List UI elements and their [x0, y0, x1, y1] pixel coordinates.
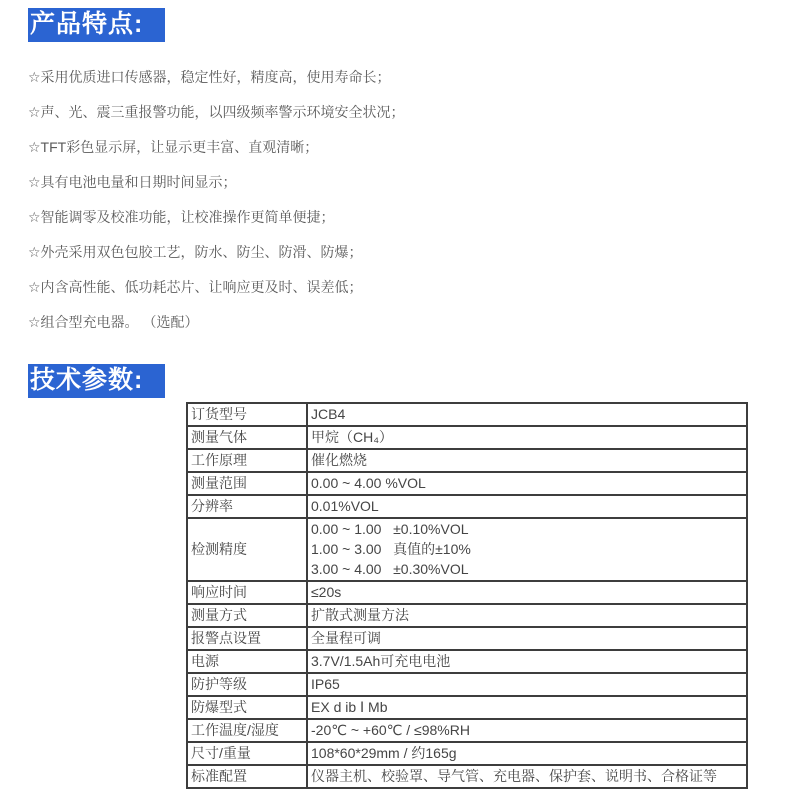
feature-item: ☆采用优质进口传感器，稳定性好，精度高，使用寿命长；	[28, 68, 800, 87]
spec-value: 甲烷（CH₄）	[307, 426, 747, 449]
spec-label: 防爆型式	[187, 696, 307, 719]
spec-row: 分辨率0.01%VOL	[187, 495, 747, 518]
feature-item: ☆智能调零及校准功能，让校准操作更简单便捷；	[28, 208, 800, 227]
spec-row: 标准配置仪器主机、校验罩、导气管、充电器、保护套、说明书、合格证等	[187, 765, 747, 788]
feature-item: ☆声、光、震三重报警功能，以四级频率警示环境安全状况；	[28, 103, 800, 122]
spec-value: IP65	[307, 673, 747, 696]
spec-value: 108*60*29mm / 约165g	[307, 742, 747, 765]
spec-row: 报警点设置全量程可调	[187, 627, 747, 650]
feature-item: ☆TFT彩色显示屏，让显示更丰富、直观清晰；	[28, 138, 800, 157]
spec-value: -20℃ ~ +60℃ / ≤98%RH	[307, 719, 747, 742]
specs-table-body: 订货型号JCB4测量气体甲烷（CH₄）工作原理催化燃烧测量范围0.00 ~ 4.…	[187, 403, 747, 788]
spec-label: 防护等级	[187, 673, 307, 696]
spec-value: 0.01%VOL	[307, 495, 747, 518]
product-detail-page: 产品特点: ☆采用优质进口传感器，稳定性好，精度高，使用寿命长；☆声、光、震三重…	[0, 0, 800, 805]
features-list: ☆采用优质进口传感器，稳定性好，精度高，使用寿命长；☆声、光、震三重报警功能，以…	[28, 68, 800, 332]
spec-label: 标准配置	[187, 765, 307, 788]
spec-label: 分辨率	[187, 495, 307, 518]
spec-label: 响应时间	[187, 581, 307, 604]
spec-label: 工作温度/湿度	[187, 719, 307, 742]
features-heading: 产品特点:	[28, 8, 165, 42]
spec-label: 测量方式	[187, 604, 307, 627]
spec-row: 订货型号JCB4	[187, 403, 747, 426]
spec-row: 电源3.7V/1.5Ah可充电电池	[187, 650, 747, 673]
feature-item: ☆内含高性能、低功耗芯片、让响应更及时、误差低；	[28, 278, 800, 297]
spec-row: 防爆型式EX d ib Ⅰ Mb	[187, 696, 747, 719]
spec-label: 报警点设置	[187, 627, 307, 650]
spec-row: 测量方式扩散式测量方法	[187, 604, 747, 627]
feature-item: ☆组合型充电器。 （选配）	[28, 313, 800, 332]
spec-row: 测量气体甲烷（CH₄）	[187, 426, 747, 449]
spec-value: 仪器主机、校验罩、导气管、充电器、保护套、说明书、合格证等	[307, 765, 747, 788]
spec-row: 检测精度0.00 ~ 1.00 ±0.10%VOL 1.00 ~ 3.00 真值…	[187, 518, 747, 581]
spec-label: 订货型号	[187, 403, 307, 426]
spec-value: JCB4	[307, 403, 747, 426]
spec-value: 扩散式测量方法	[307, 604, 747, 627]
spec-value: 0.00 ~ 1.00 ±0.10%VOL 1.00 ~ 3.00 真值的±10…	[307, 518, 747, 581]
spec-label: 尺寸/重量	[187, 742, 307, 765]
spec-row: 工作原理催化燃烧	[187, 449, 747, 472]
spec-label: 电源	[187, 650, 307, 673]
spec-value: 全量程可调	[307, 627, 747, 650]
spec-row: 防护等级IP65	[187, 673, 747, 696]
spec-row: 尺寸/重量108*60*29mm / 约165g	[187, 742, 747, 765]
specs-heading: 技术参数:	[28, 364, 165, 398]
spec-row: 响应时间≤20s	[187, 581, 747, 604]
spec-row: 工作温度/湿度-20℃ ~ +60℃ / ≤98%RH	[187, 719, 747, 742]
spec-label: 测量范围	[187, 472, 307, 495]
feature-item: ☆外壳采用双色包胶工艺，防水、防尘、防滑、防爆；	[28, 243, 800, 262]
spec-value: ≤20s	[307, 581, 747, 604]
spec-value: 0.00 ~ 4.00 %VOL	[307, 472, 747, 495]
spec-value: 催化燃烧	[307, 449, 747, 472]
spec-label: 工作原理	[187, 449, 307, 472]
feature-item: ☆具有电池电量和日期时间显示；	[28, 173, 800, 192]
spec-label: 检测精度	[187, 518, 307, 581]
specs-table: 订货型号JCB4测量气体甲烷（CH₄）工作原理催化燃烧测量范围0.00 ~ 4.…	[186, 402, 748, 789]
spec-value: 3.7V/1.5Ah可充电电池	[307, 650, 747, 673]
spec-label: 测量气体	[187, 426, 307, 449]
spec-value: EX d ib Ⅰ Mb	[307, 696, 747, 719]
spec-row: 测量范围0.00 ~ 4.00 %VOL	[187, 472, 747, 495]
